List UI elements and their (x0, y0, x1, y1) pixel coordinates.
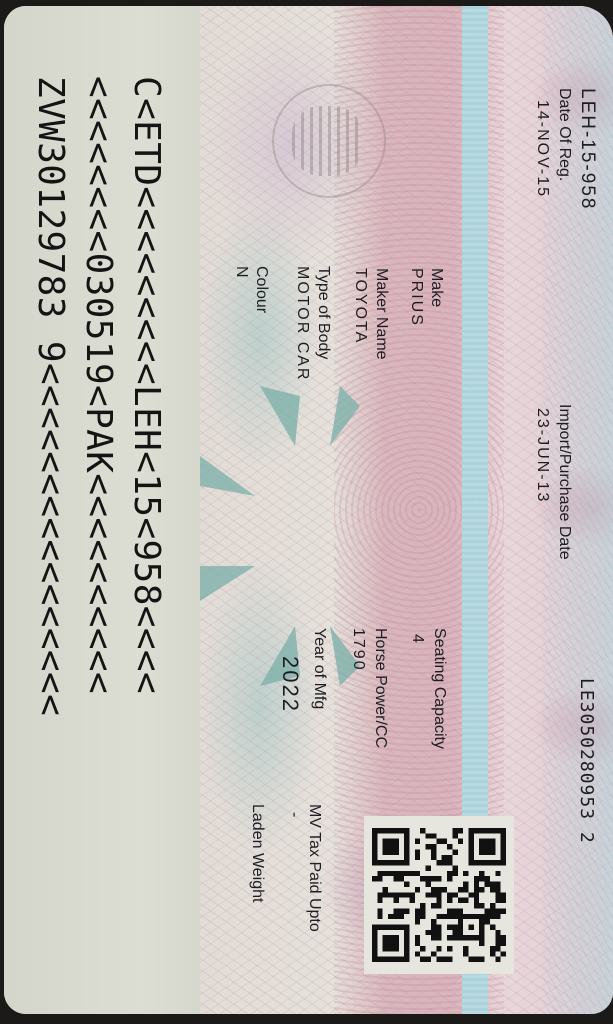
mrz-line-2: <<<<<<<<030519<PAK<<<<<<<<<< (80, 76, 116, 694)
maker-name-value: TOYOTA (352, 268, 368, 344)
qr-code-icon (364, 816, 514, 974)
colour-value: N (233, 266, 249, 280)
horse-power-label: Horse Power/CC (372, 628, 388, 748)
type-of-body-value: MOTOR CAR (294, 266, 310, 381)
date-of-reg-value: 14-NOV-15 (534, 100, 550, 198)
government-emblem-icon (272, 84, 386, 198)
mrz-line-3: ZVW30129783 9<<<<<<<<<<<<<<<< (32, 76, 68, 716)
make-value: PRIUS (408, 268, 424, 327)
mrz-line-1: C<ETD<<<<<<<<<LEH<15<958<<<< (128, 76, 164, 694)
type-of-body-label: Type of Body (315, 266, 331, 359)
star-motif-icon (200, 386, 360, 686)
horse-power-value: 1790 (350, 628, 366, 672)
make-label: Make (428, 268, 444, 307)
seating-capacity-label: Seating Capacity (431, 628, 447, 749)
serial-number: LE3050280953 2 (577, 678, 595, 844)
import-purchase-date-label: Import/Purchase Date (556, 404, 572, 560)
import-purchase-date-value: 23-JUN-13 (534, 408, 550, 503)
mv-tax-paid-upto-value: - (286, 812, 302, 819)
maker-name-label: Maker Name (373, 268, 389, 360)
laden-weight-label: Laden Weight (249, 804, 265, 902)
seating-capacity-value: 4 (409, 634, 425, 645)
date-of-reg-label: Date Of Reg. (556, 88, 572, 181)
registration-card: LEH-15-958 Date Of Reg. 14-NOV-15 Import… (4, 6, 613, 1014)
colour-label: Colour (253, 266, 269, 313)
registration-number: LEH-15-958 (578, 88, 597, 210)
year-of-mfg-label: Year of Mfg (311, 628, 327, 709)
mv-tax-paid-upto-label: MV Tax Paid Upto (306, 804, 322, 932)
year-of-mfg-value: 2022 (279, 656, 301, 713)
